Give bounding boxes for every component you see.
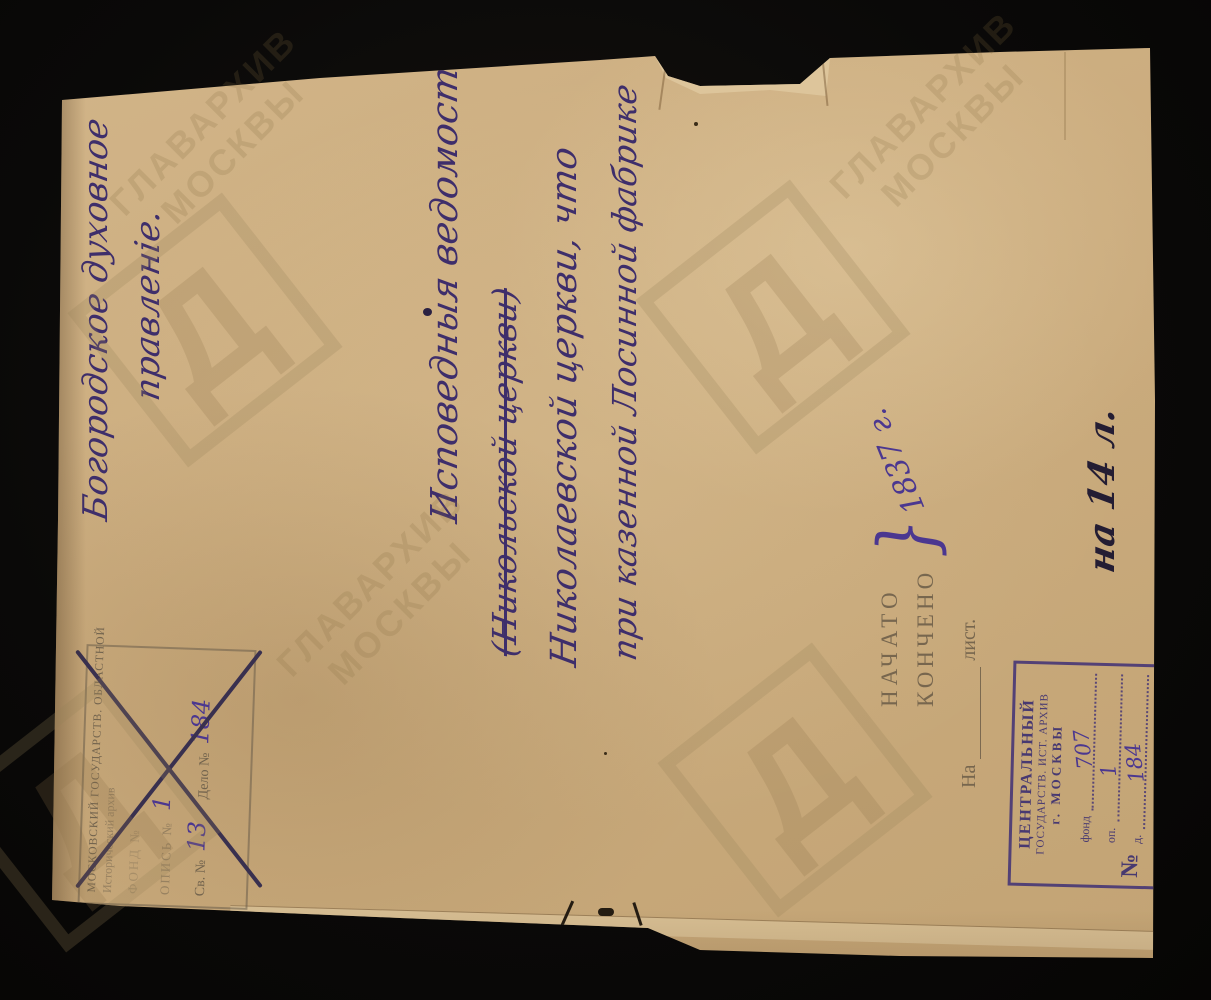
archival-scan: Богородское духовное правленіе. Исповедн… xyxy=(0,0,1211,1000)
new-stamp-opis-value: 1 xyxy=(1096,763,1121,779)
title-line3: Николаевской церкви, что xyxy=(535,142,595,675)
sheet-count-note-text: на 14 л. xyxy=(1081,405,1123,576)
document-cover-page: Богородское духовное правленіе. Исповедн… xyxy=(0,0,1211,1000)
new-stamp-number-sign: № xyxy=(1066,852,1145,878)
new-stamp-line1: ЦЕНТРАЛЬНЫЙ xyxy=(1016,672,1039,875)
corner-note: Богородское духовное правленіе. xyxy=(70,130,180,530)
sheet-count-prefix: На xyxy=(958,765,981,788)
old-stamp-fond-row: ФОНД № xyxy=(125,658,149,894)
year-note: 1837 г. xyxy=(858,403,932,519)
new-archive-stamp-box: ЦЕНТРАЛЬНЫЙ ГОСУДАРСТВ. ИСТ. АРХИВ г. МО… xyxy=(1008,661,1164,890)
old-stamp-line2: Исторический архив xyxy=(100,657,123,893)
corner-note-line1: Богородское духовное xyxy=(70,114,122,534)
sheet-count-blank xyxy=(980,667,981,759)
binding-stitch xyxy=(632,902,642,926)
old-stamp-sv-value: 13 xyxy=(182,821,211,853)
sheet-count-stamp: На лист. xyxy=(945,588,981,788)
old-stamp-delo-value: 184 xyxy=(186,698,216,745)
crease-line xyxy=(821,58,828,106)
new-stamp-fond-line: 707 xyxy=(1066,673,1098,810)
old-stamp-opis-label: ОПИСЬ № xyxy=(157,821,176,895)
old-archive-stamp: МОСКОВСКИЙ ГОСУДАРСТВ. ОБЛАСТНОЙ Историч… xyxy=(72,647,262,907)
title-line4: при казенной Лосинной фабрике xyxy=(595,79,655,675)
new-archive-stamp: ЦЕНТРАЛЬНЫЙ ГОСУДАРСТВ. ИСТ. АРХИВ г. МО… xyxy=(1011,663,1161,888)
crease-line xyxy=(658,58,667,110)
title-line2-struck: (Никольской церкви) xyxy=(475,283,535,676)
new-stamp-line2: ГОСУДАРСТВ. ИСТ. АРХИВ xyxy=(1034,672,1051,875)
sheet-count-note: на 14 л. xyxy=(1081,402,1133,572)
new-stamp-opis-label: оп. xyxy=(1104,827,1119,843)
sheet-count-suffix: лист. xyxy=(958,619,981,661)
corner-note-line2: правленіе. xyxy=(122,206,174,535)
binding-stitch xyxy=(598,908,614,916)
old-stamp-sv-label: Св. № xyxy=(193,860,210,897)
dates-stamp: НАЧАТО КОНЧЕНО } 1837 г. xyxy=(853,457,963,707)
old-stamp-line1: МОСКОВСКИЙ ГОСУДАРСТВ. ОБЛАСТНОЙ xyxy=(86,656,106,892)
torn-edge-flap xyxy=(0,0,1211,1000)
brace-mark: } xyxy=(863,518,953,558)
binding-stitch xyxy=(561,901,574,926)
crease-line xyxy=(1064,52,1066,140)
new-stamp-delo-label: д. xyxy=(1130,834,1145,843)
paper-speck xyxy=(694,122,698,126)
new-stamp-opis-line: 1 xyxy=(1091,674,1123,822)
old-stamp-opis-value: 1 xyxy=(148,795,177,811)
new-stamp-fond-value: 707 xyxy=(1069,728,1097,771)
paper-speck xyxy=(604,752,607,755)
bottom-fold xyxy=(230,905,1155,950)
cancellation-cross xyxy=(72,647,262,907)
new-stamp-delo-value: 184 xyxy=(1121,741,1149,784)
new-stamp-fond-label: фонд xyxy=(1078,816,1094,843)
new-stamp-delo-line: 184 xyxy=(1117,674,1149,828)
started-stamp-label: НАЧАТО xyxy=(877,569,903,707)
ink-blot xyxy=(423,308,432,316)
document-title: Исповедныя ведомости (Никольской церкви)… xyxy=(415,130,665,670)
finished-stamp-label: КОНЧЕНО xyxy=(913,569,939,707)
old-archive-stamp-box: МОСКОВСКИЙ ГОСУДАРСТВ. ОБЛАСТНОЙ Историч… xyxy=(78,644,257,910)
title-line1: Исповедныя ведомости xyxy=(415,38,475,675)
old-stamp-delo-label: Дело № xyxy=(196,752,214,799)
new-stamp-line3: г. МОСКВЫ xyxy=(1046,673,1067,876)
